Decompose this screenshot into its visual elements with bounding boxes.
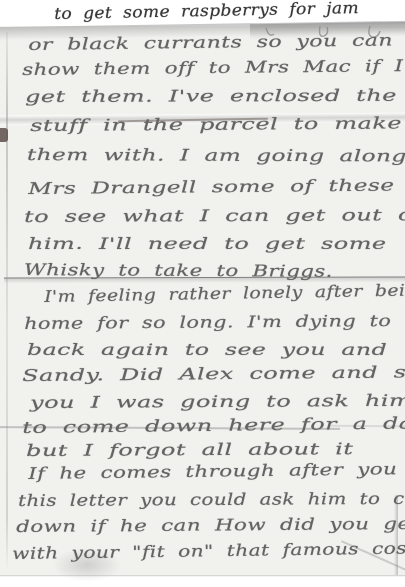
scanned-letter-page: to get some raspberrys for jam or black …: [0, 0, 405, 587]
handwritten-line: you I was going to ask him: [30, 392, 405, 412]
handwritten-line: home for so long. I'm dying to get: [24, 312, 405, 333]
handwritten-line: but I forgot all about it: [26, 440, 354, 459]
handwritten-line: them with. I am going along to: [27, 146, 405, 165]
handwritten-line: to see what I can get out of: [24, 206, 405, 225]
handwritten-line: Whisky to take to Briggs.: [24, 261, 333, 280]
handwritten-line: him. I'll need to get some: [28, 235, 387, 253]
left-vertical-crease: [6, 32, 8, 572]
handwritten-line: to get some raspberrys for jam: [54, 0, 359, 23]
handwritten-line: back again to see you and: [27, 341, 387, 359]
handwritten-line: down if he can How did you get on: [16, 515, 405, 536]
handwritten-line: stuff in the parcel to make: [30, 114, 402, 134]
handwritten-line: get them. I've enclosed the: [25, 87, 397, 106]
handwritten-line: show them off to Mrs Mac if I can: [22, 56, 405, 78]
paper-bottom-edge-shadow: [0, 575, 405, 577]
handwritten-line: Mrs Drangell some of these days: [28, 176, 405, 198]
handwritten-line: Sandy. Did Alex come and see: [22, 363, 405, 384]
left-edge-ink-mark: [0, 128, 8, 142]
handwritten-line: this letter you could ask him to come: [18, 490, 405, 510]
